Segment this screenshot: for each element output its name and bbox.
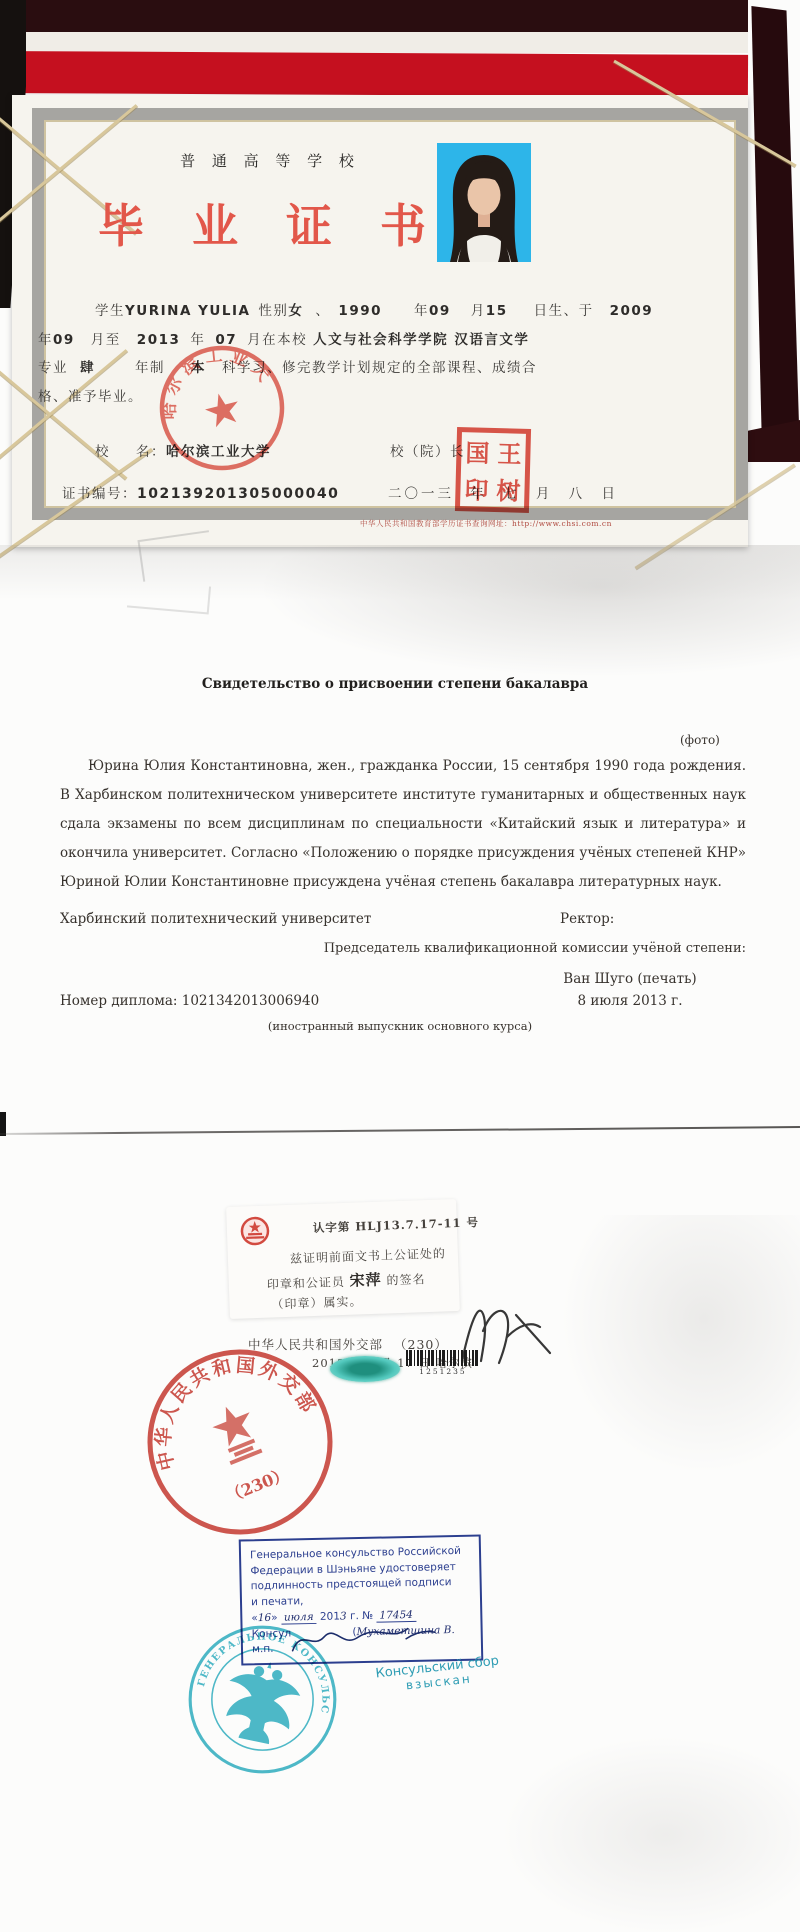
president-label: 校（院）长	[390, 440, 465, 460]
university-name-line: Харбинский политехнический университет	[60, 911, 371, 927]
translation-paragraph: Юрина Юлия Константиновна, жен., граждан…	[60, 752, 746, 897]
embossed-mark	[127, 579, 211, 614]
president-square-seal: 国 王 印 树	[455, 427, 531, 513]
cover-white-band	[26, 32, 748, 53]
foreign-graduate-note: (иностранный выпускник основного курса)	[150, 1019, 650, 1033]
translation-date: 8 июля 2013 г.	[540, 993, 720, 1009]
paper-crease-shading	[230, 545, 800, 685]
paper-crease-shading	[560, 1215, 800, 1475]
photo-placeholder-note: (фото)	[680, 733, 760, 747]
translation-title: Свидетельство о присвоении степени бакал…	[45, 676, 745, 692]
consulate-round-stamp: ГЕНЕРАЛЬНОЕ КОНСУЛЬСТВО • В ШЭНЬЯНЕ	[171, 1608, 355, 1792]
barcode-number: 1251235	[406, 1367, 480, 1376]
diploma-title: 毕 业 证 书	[50, 190, 490, 256]
rector-name: Ван Шуго (печать)	[520, 971, 740, 987]
rector-label: Ректор:	[560, 911, 614, 927]
authentication-number: 认字第 HLJ13.7.17-11 号	[313, 1214, 480, 1236]
diploma-header: 普 通 高 等 学 校	[80, 150, 460, 171]
authentication-line-1: 兹证明前面文书上公证处的	[290, 1244, 447, 1266]
certificate-number-line: 证书编号：102139201305000040	[62, 482, 339, 502]
cover-top-band	[24, 0, 748, 32]
major-line: 专业肆年制本科学习、修完教学计划规定的全部课程、成绩合	[38, 356, 537, 376]
verification-footer: 中华人民共和国教育部学历证书查询网址：http://www.chsi.com.c…	[360, 518, 612, 529]
double-eagle-icon	[218, 1655, 306, 1749]
hologram-seal	[330, 1356, 400, 1382]
legalization-page: 认字第 HLJ13.7.17-11 号 兹证明前面文书上公证处的 印章和公证员 …	[0, 1135, 800, 1932]
cover-right-strip	[746, 6, 800, 458]
svg-text:★: ★	[197, 381, 248, 440]
embossed-mark	[137, 530, 214, 582]
diploma-cover: 普 通 高 等 学 校 毕 业 证 书 学生YURINA YULIA性别女、19…	[0, 0, 800, 560]
paper-crease-shading	[500, 1735, 800, 1932]
scanned-document: 普 通 高 等 学 校 毕 业 证 书 学生YURINA YULIA性别女、19…	[0, 0, 800, 1932]
student-info-line: 学生YURINA YULIA性别女、1990年09月15日生、于2009	[95, 299, 653, 319]
svg-text:（230）: （230）	[224, 1464, 292, 1506]
mfa-authentication-sticker: 认字第 HLJ13.7.17-11 号 兹证明前面文书上公证处的 印章和公证员 …	[226, 1199, 460, 1319]
graduation-line: 格、准予毕业。	[38, 385, 143, 405]
china-emblem-icon	[238, 1214, 271, 1251]
chairman-line: Председатель квалификационной комиссии у…	[300, 941, 746, 956]
student-photo	[437, 143, 531, 262]
page-separator-line	[0, 1126, 800, 1135]
barcode	[406, 1350, 480, 1366]
authentication-line-2: 印章和公证员 宋萍 的签名	[266, 1267, 425, 1294]
paper-crease-shading	[0, 545, 800, 600]
svg-text:中华人民共和国外交部证件司: 中华人民共和国外交部证件司	[110, 1312, 323, 1485]
study-period-line: 年09月至2013年07月在本校人文与社会科学学院 汉语言文学	[38, 328, 529, 348]
authentication-line-3: （印章）属实。	[271, 1292, 363, 1312]
translation-page: Свидетельство о присвоении степени бакал…	[0, 545, 800, 1115]
diploma-number-line: Номер диплома: 1021342013006940	[60, 993, 319, 1009]
